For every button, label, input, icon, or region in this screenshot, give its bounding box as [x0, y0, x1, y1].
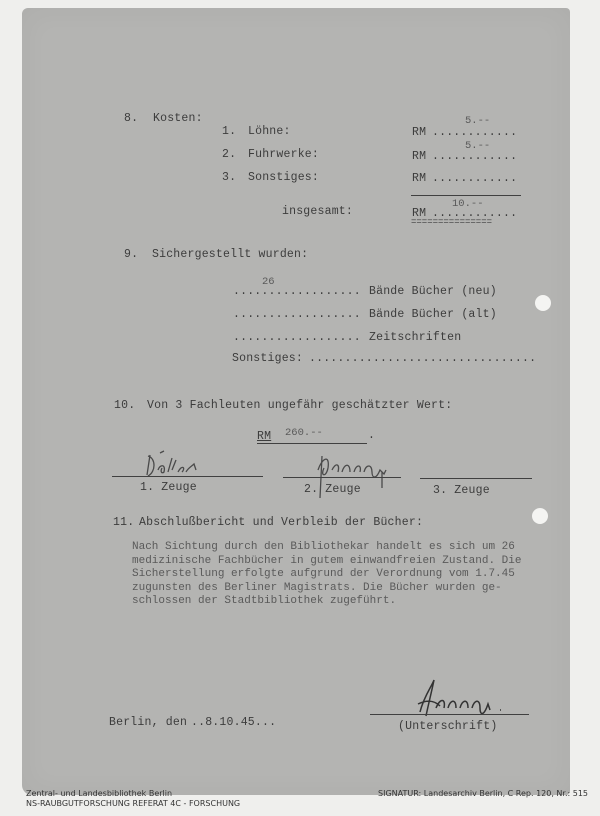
other-label: Sonstiges:	[232, 352, 303, 365]
section11-number: 11.	[113, 516, 134, 529]
section8-title: Kosten:	[153, 112, 203, 125]
cost-item-num: 1.	[222, 125, 236, 138]
cost-item-currency: RM	[412, 172, 426, 185]
other-dots: ................................	[309, 352, 536, 365]
total-label: insgesamt:	[282, 205, 353, 218]
witness2-label: 2. Zeuge	[304, 483, 361, 496]
footer-line2: NS-RAUBGUTFORSCHUNG REFERAT 4C - FORSCHU…	[26, 799, 240, 808]
section8-number: 8.	[124, 112, 138, 125]
footer-institution: Zentral- und Landesbibliothek Berlin NS-…	[26, 789, 240, 808]
cost-item-label: Fuhrwerke:	[248, 148, 319, 161]
place-label: Berlin, den	[109, 716, 187, 729]
cost-item-dots: ............	[432, 126, 517, 139]
footer-signatur: SIGNATUR: Landesarchiv Berlin, C Rep. 12…	[378, 789, 588, 799]
cost-item-dots: ............	[432, 172, 517, 185]
value-currency: RM	[257, 430, 271, 443]
signature-caption: (Unterschrift)	[398, 720, 497, 733]
witness3-line	[420, 478, 532, 479]
witness1-line	[112, 476, 263, 477]
date-value: ..8.10.45...	[191, 716, 276, 729]
cost-item-num: 2.	[222, 148, 236, 161]
secured-dots: ..................	[233, 308, 361, 321]
signature-line	[370, 714, 529, 715]
value-period: .	[368, 429, 375, 442]
cost-item-currency: RM	[412, 126, 426, 139]
witness1-label: 1. Zeuge	[140, 481, 197, 494]
section9-title: Sichergestellt wurden:	[152, 248, 308, 261]
double-underline: ===============	[411, 217, 492, 227]
secured-dots: ..................	[233, 285, 361, 298]
section10-title: Von 3 Fachleuten ungefähr geschätzter We…	[147, 399, 452, 412]
punch-hole-bottom	[532, 508, 548, 524]
cost-item-num: 3.	[222, 171, 236, 184]
sum-line	[411, 195, 521, 196]
section10-number: 10.	[114, 399, 135, 412]
final-report-text: Nach Sichtung durch den Bibliothekar han…	[132, 541, 532, 609]
secured-dots: ..................	[233, 331, 361, 344]
section11-title: Abschlußbericht und Verbleib der Bücher:	[139, 516, 423, 529]
secured-label: Bände Bücher (alt)	[369, 308, 497, 321]
estimated-value: 260.--	[285, 427, 323, 439]
cost-item-label: Sonstiges:	[248, 171, 319, 184]
secured-label: Zeitschriften	[369, 331, 461, 344]
witness2-line	[283, 477, 401, 478]
value-underline	[257, 443, 367, 444]
secured-label: Bände Bücher (neu)	[369, 285, 497, 298]
cost-item-label: Löhne:	[248, 125, 291, 138]
punch-hole-top	[535, 295, 551, 311]
footer-line1: Zentral- und Landesbibliothek Berlin	[26, 789, 172, 798]
witness3-label: 3. Zeuge	[433, 484, 490, 497]
cost-item-currency: RM	[412, 150, 426, 163]
section9-number: 9.	[124, 248, 138, 261]
cost-item-dots: ............	[432, 150, 517, 163]
